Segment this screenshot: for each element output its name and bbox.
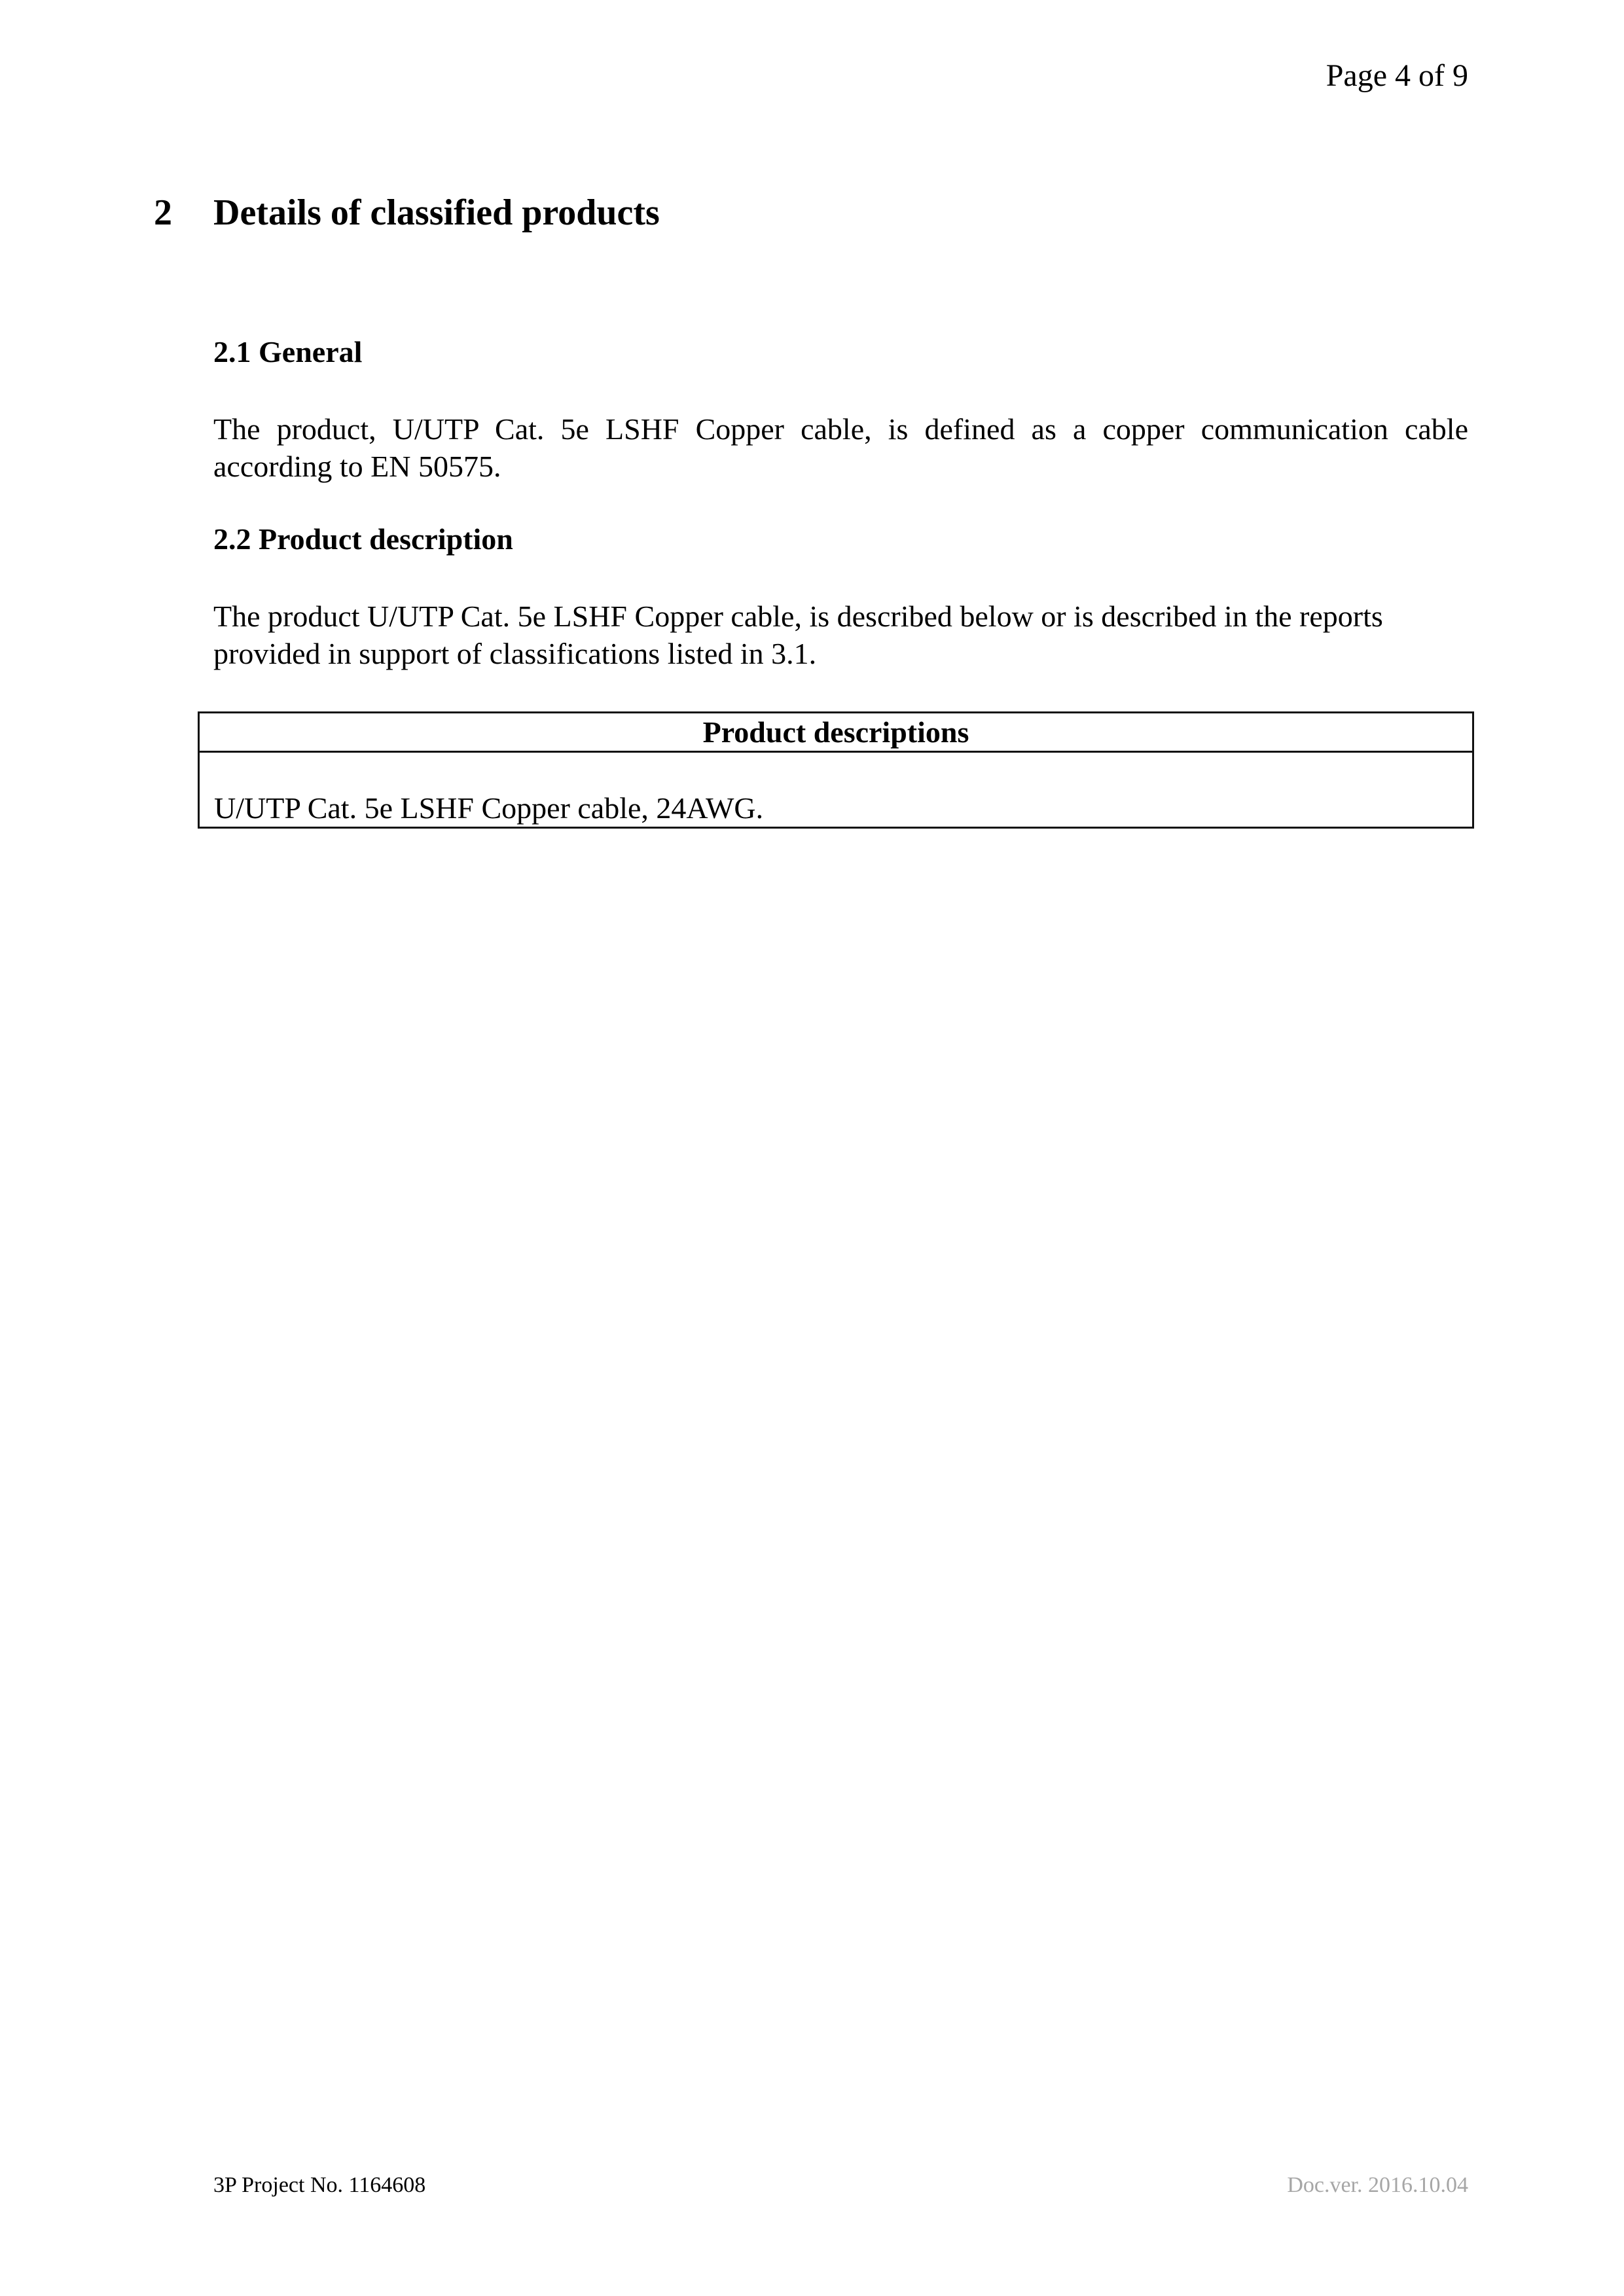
product-description-paragraph: The product U/UTP Cat. 5e LSHF Copper ca… [213,598,1392,672]
section-heading: 2Details of classified products [154,194,660,231]
page-number: Page 4 of 9 [1326,60,1468,92]
section-number: 2 [154,194,213,231]
table-cell-product: U/UTP Cat. 5e LSHF Copper cable, 24AWG. [199,752,1473,828]
table-row: U/UTP Cat. 5e LSHF Copper cable, 24AWG. [199,752,1473,828]
product-descriptions-table: Product descriptions U/UTP Cat. 5e LSHF … [198,711,1474,829]
subheading-general: 2.1 General [213,337,362,367]
section-title: Details of classified products [213,192,660,233]
footer-project-number: 3P Project No. 1164608 [213,2174,425,2197]
general-paragraph: The product, U/UTP Cat. 5e LSHF Copper c… [213,410,1468,485]
table-header-cell: Product descriptions [199,713,1473,752]
table-header-row: Product descriptions [199,713,1473,752]
subheading-product-description: 2.2 Product description [213,524,513,554]
footer-doc-version: Doc.ver. 2016.10.04 [1287,2174,1468,2197]
